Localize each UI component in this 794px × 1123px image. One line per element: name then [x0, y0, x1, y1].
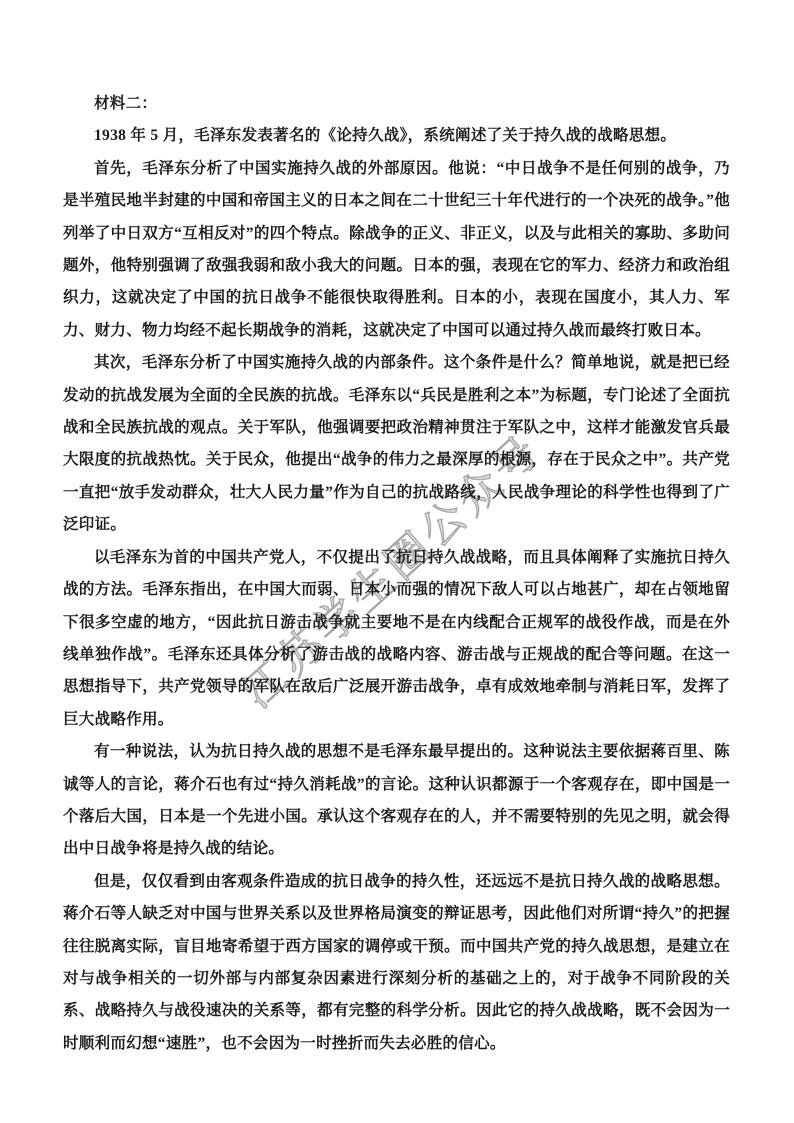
paragraph-alternative-claims: 有一种说法，认为抗日持久战的思想不是毛泽东最早提出的。这种说法主要依据蒋百里、陈… — [63, 736, 730, 866]
document-page: 江苏学生圈公众号 材料二： 1938 年 5 月，毛泽东发表著名的《论持久战》，… — [0, 0, 794, 1123]
document-content: 材料二： 1938 年 5 月，毛泽东发表著名的《论持久战》，系统阐述了关于持久… — [63, 88, 730, 1060]
paragraph-conclusion: 但是，仅仅看到由客观条件造成的抗日战争的持久性，还远远不是抗日持久战的战略思想。… — [63, 866, 730, 1060]
material-heading: 材料二： — [63, 88, 730, 120]
paragraph-intro: 1938 年 5 月，毛泽东发表著名的《论持久战》，系统阐述了关于持久战的战略思… — [63, 120, 730, 152]
paragraph-internal-conditions: 其次，毛泽东分析了中国实施持久战的内部条件。这个条件是什么？简单地说，就是把已经… — [63, 347, 730, 541]
paragraph-guerrilla-strategy: 以毛泽东为首的中国共产党人，不仅提出了抗日持久战战略，而且具体阐释了实施抗日持久… — [63, 542, 730, 736]
paragraph-external-causes: 首先，毛泽东分析了中国实施持久战的外部原因。他说：“中日战争不是任何别的战争，乃… — [63, 153, 730, 347]
